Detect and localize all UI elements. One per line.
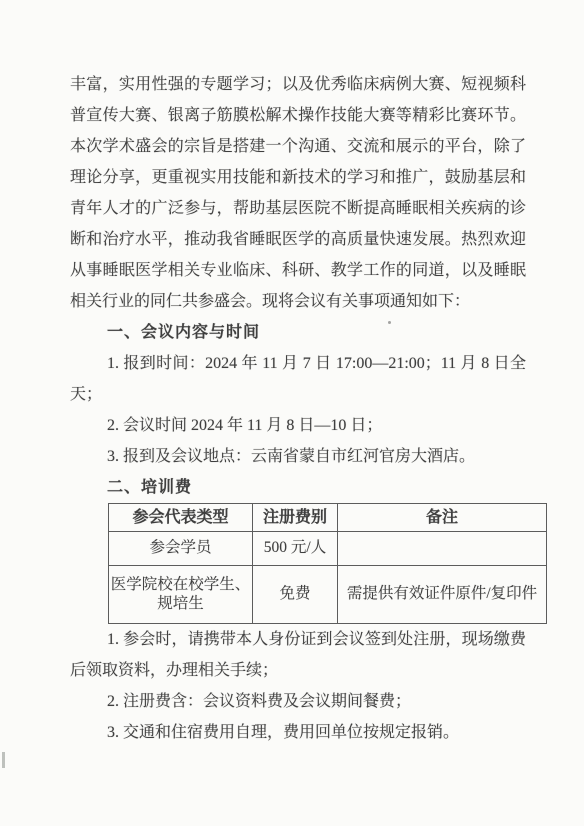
fee-table-row: 参会学员 500 元/人 [109, 532, 547, 566]
intro-text-line: 理论分享，更重视实用技能和新技术的学习和推广，鼓励基层和 [70, 162, 526, 193]
intro-text-line: 相关行业的同仁共参盛会。现将会议有关事项通知如下： [70, 286, 526, 317]
section1-item1-line2: 天； [70, 379, 526, 410]
fee-table-header-fee: 注册费别 [253, 504, 338, 532]
section2-heading: 二、培训费 [70, 472, 526, 503]
section2-note2: 2. 注册费含：会议资料费及会议期间餐费； [70, 686, 526, 717]
fee-table: 参会代表类型 注册费别 备注 参会学员 500 元/人 医学院校在校学生、规培生… [108, 503, 547, 624]
intro-text-line: 青年人才的广泛参与，帮助基层医院不断提高睡眠相关疾病的诊 [70, 193, 526, 224]
section1-item3: 3. 报到及会议地点：云南省蒙自市红河官房大酒店。 [70, 441, 526, 472]
section1-item1-line1: 1. 报到时间：2024 年 11 月 7 日 17:00—21:00；11 月… [70, 348, 526, 379]
fee-table-header-type: 参会代表类型 [109, 504, 253, 532]
fee-table-cell-type: 医学院校在校学生、规培生 [109, 566, 253, 624]
fee-table-cell-fee: 500 元/人 [253, 532, 338, 566]
fee-table-cell-fee: 免费 [253, 566, 338, 624]
document-content: 丰富，实用性强的专题学习；以及优秀临床病例大赛、短视频科 普宣传大赛、银离子筋膜… [70, 69, 526, 748]
section1-item2: 2. 会议时间 2024 年 11 月 8 日—10 日； [70, 410, 526, 441]
scan-artifact [2, 752, 5, 768]
fee-table-row: 医学院校在校学生、规培生 免费 需提供有效证件原件/复印件 [109, 566, 547, 624]
intro-text-line: 普宣传大赛、银离子筋膜松解术操作技能大赛等精彩比赛环节。 [70, 100, 526, 131]
intro-text-line: 丰富，实用性强的专题学习；以及优秀临床病例大赛、短视频科 [70, 69, 526, 100]
fee-table-header-row: 参会代表类型 注册费别 备注 [109, 504, 547, 532]
section2-note1-line1: 1. 参会时，请携带本人身份证到会议签到处注册，现场缴费 [70, 624, 526, 655]
fee-table-cell-note [338, 532, 547, 566]
section2-note1-line2: 后领取资料，办理相关手续； [70, 655, 526, 686]
scan-artifact [388, 321, 391, 324]
intro-text-line: 从事睡眠医学相关专业临床、科研、教学工作的同道，以及睡眠 [70, 255, 526, 286]
intro-text-line: 断和治疗水平，推动我省睡眠医学的高质量快速发展。热烈欢迎 [70, 224, 526, 255]
document-page: 丰富，实用性强的专题学习；以及优秀临床病例大赛、短视频科 普宣传大赛、银离子筋膜… [0, 0, 584, 826]
fee-table-cell-type: 参会学员 [109, 532, 253, 566]
intro-text-line: 本次学术盛会的宗旨是搭建一个沟通、交流和展示的平台，除了 [70, 131, 526, 162]
fee-table-cell-note: 需提供有效证件原件/复印件 [338, 566, 547, 624]
section1-heading: 一、会议内容与时间 [70, 317, 526, 348]
fee-table-header-note: 备注 [338, 504, 547, 532]
section2-note3: 3. 交通和住宿费用自理，费用回单位按规定报销。 [70, 717, 526, 748]
